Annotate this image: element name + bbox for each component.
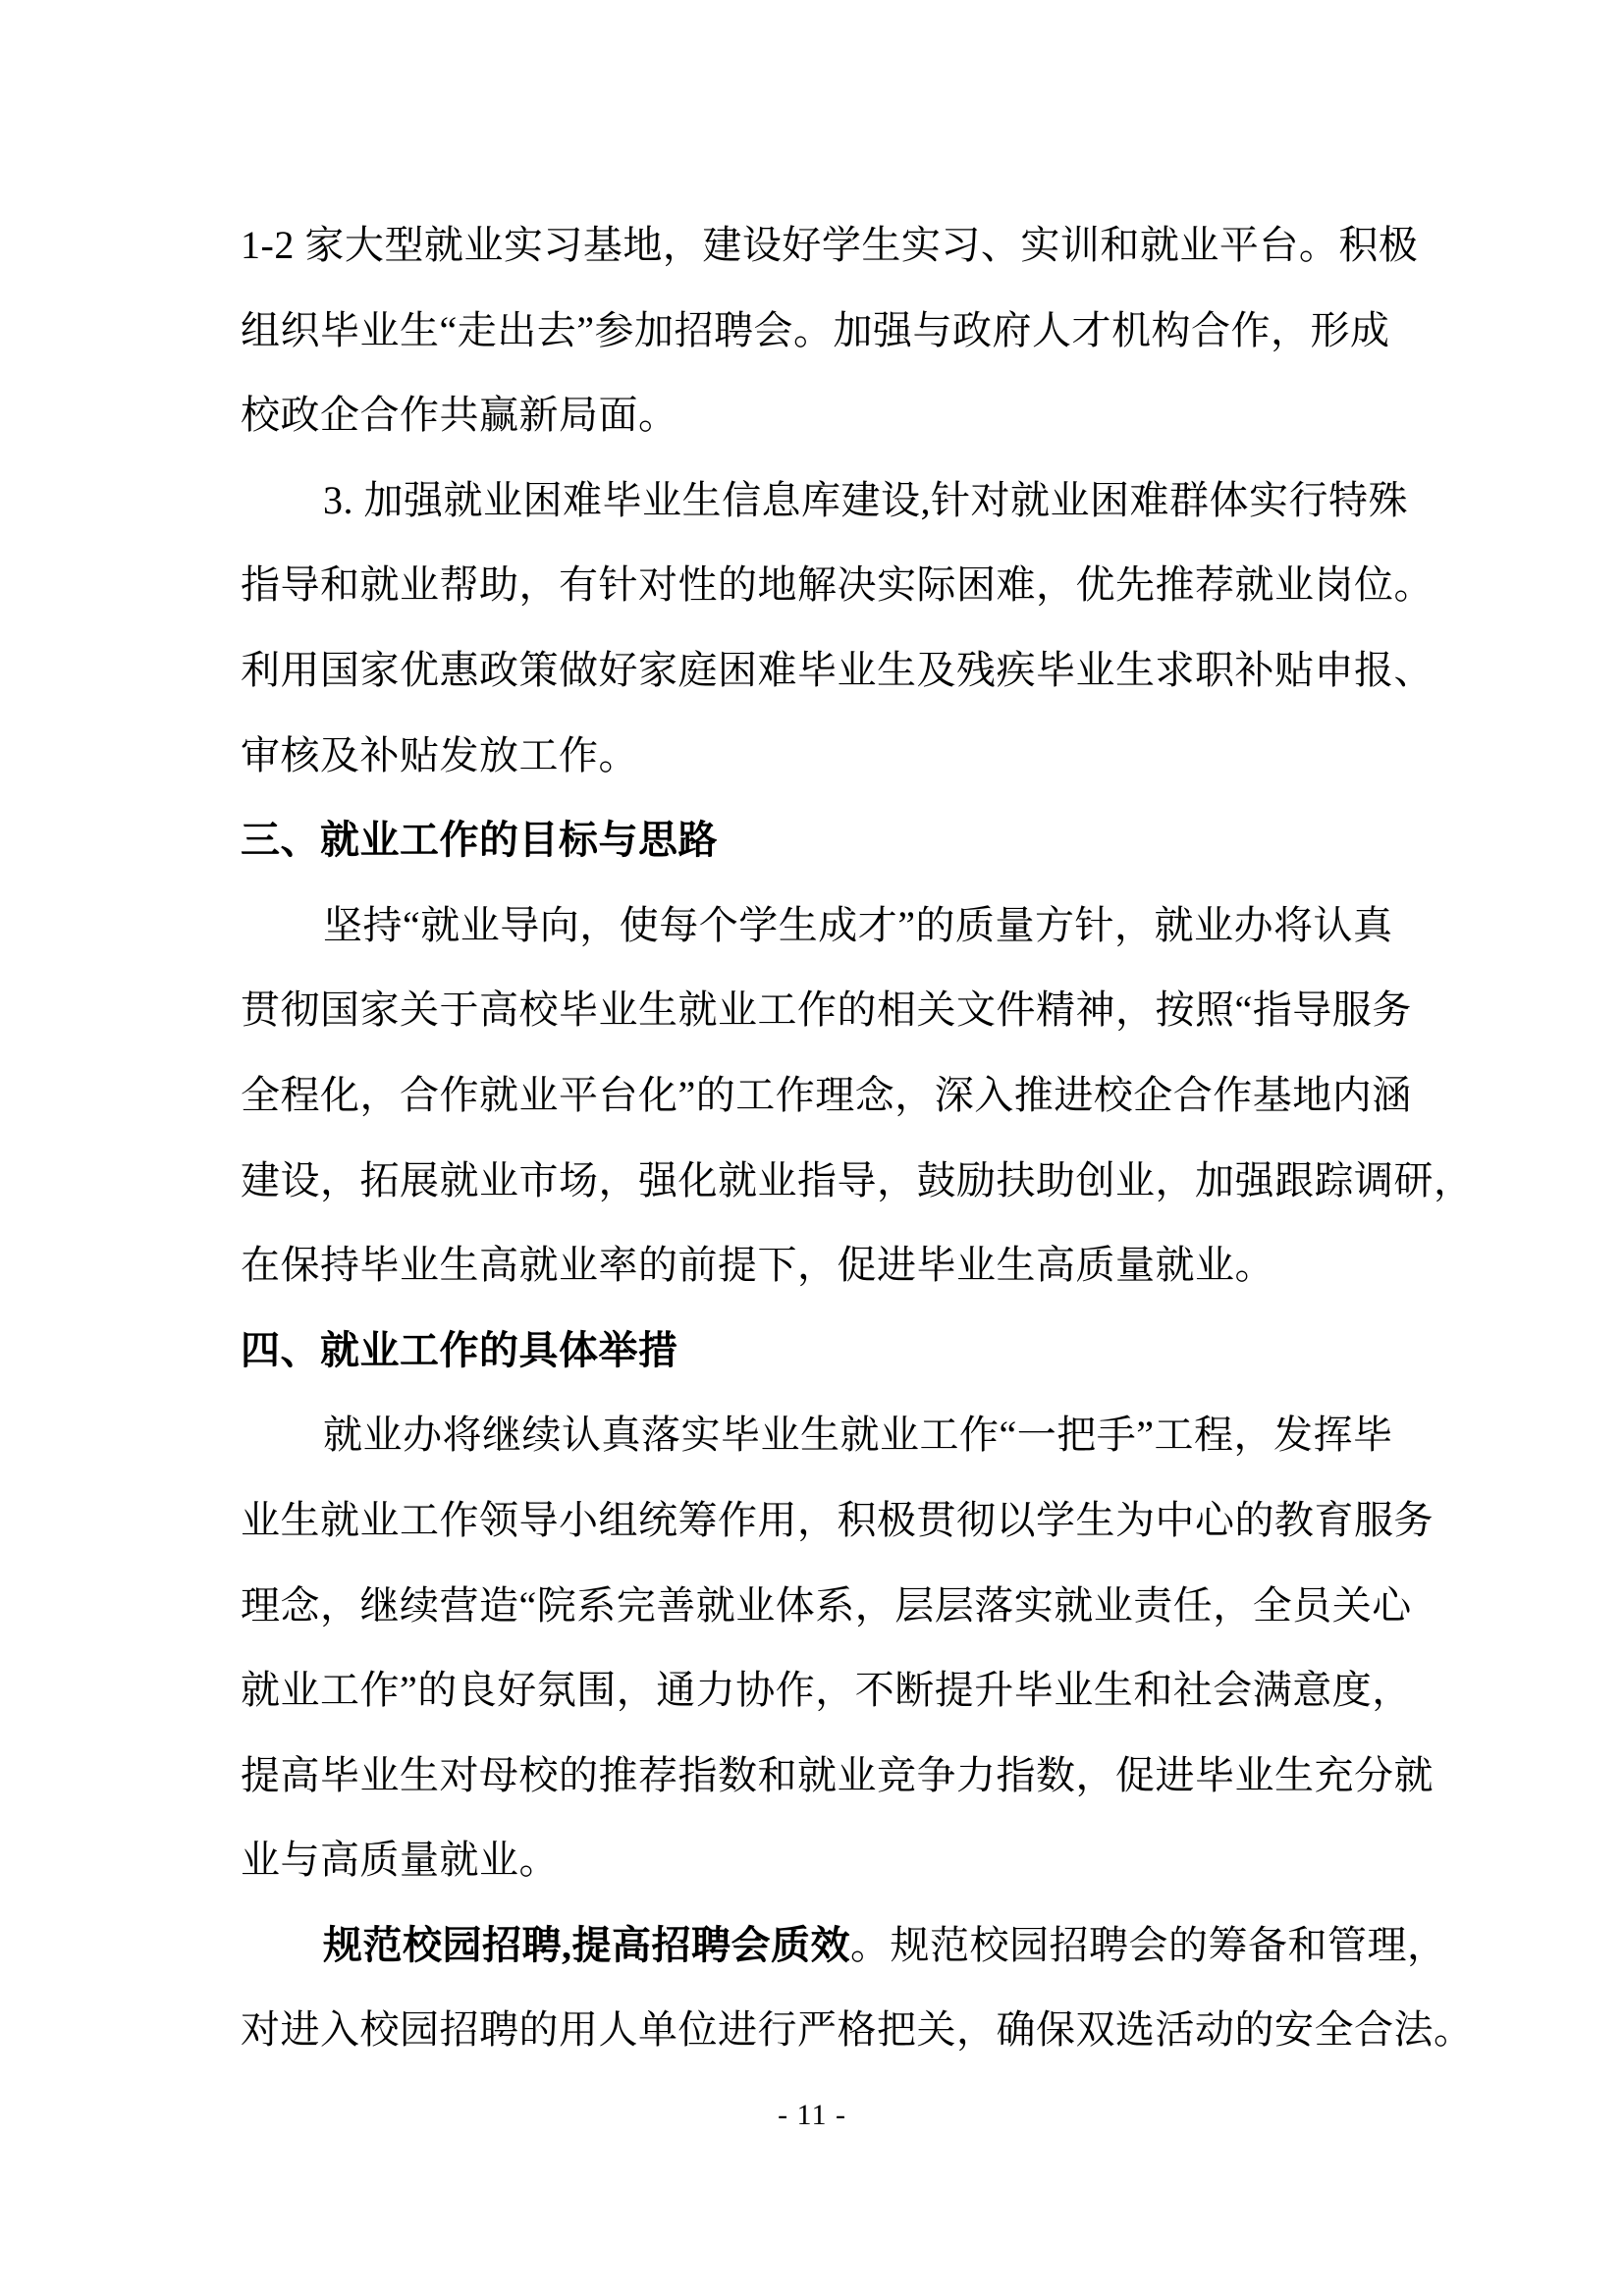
body-text: 贯彻国家关于高校毕业生就业工作的相关文件精神，按照“指导服务 — [241, 988, 1412, 1032]
body-text: 3. 加强就业困难毕业生信息库建设,针对就业困难群体实行特殊 — [323, 478, 1408, 522]
text-line: 坚持“就业导向，使每个学生成才”的质量方针，就业办将认真 — [241, 883, 1434, 969]
text-line: 全程化，合作就业平台化”的工作理念，深入推进校企合作基地内涵 — [241, 1053, 1434, 1139]
text-line: 指导和就业帮助，有针对性的地解决实际困难，优先推荐就业岗位。 — [241, 543, 1434, 628]
text-line: 在保持毕业生高就业率的前提下，促进毕业生高质量就业。 — [241, 1223, 1434, 1308]
body-text: 利用国家优惠政策做好家庭困难毕业生及残疾毕业生求职补贴申报、 — [241, 648, 1434, 692]
body-text: 全程化，合作就业平台化”的工作理念，深入推进校企合作基地内涵 — [241, 1073, 1412, 1117]
body-text: 业与高质量就业。 — [241, 1838, 559, 1882]
body-text: 建设，拓展就业市场，强化就业指导，鼓励扶助创业，加强跟踪调研， — [241, 1158, 1474, 1202]
body-text: 就业办将继续认真落实毕业生就业工作“一把手”工程，发挥毕 — [323, 1413, 1393, 1457]
text-line: 利用国家优惠政策做好家庭困难毕业生及残疾毕业生求职补贴申报、 — [241, 628, 1434, 714]
body-text: 业生就业工作领导小组统筹作用，积极贯彻以学生为中心的教育服务 — [241, 1498, 1434, 1542]
text-line: 对进入校园招聘的用人单位进行严格把关，确保双选活动的安全合法。 — [241, 1988, 1434, 2073]
document-body: 1-2 家大型就业实习基地，建设好学生实习、实训和就业平台。积极组织毕业生“走出… — [241, 203, 1434, 2073]
body-text: 指导和就业帮助，有针对性的地解决实际困难，优先推荐就业岗位。 — [241, 562, 1434, 607]
body-text: 组织毕业生“走出去”参加招聘会。加强与政府人才机构合作，形成 — [241, 308, 1390, 352]
text-line: 1-2 家大型就业实习基地，建设好学生实习、实训和就业平台。积极 — [241, 203, 1434, 289]
body-text: 就业工作”的良好氛围，通力协作，不断提升毕业生和社会满意度， — [241, 1668, 1412, 1712]
body-text: 提高毕业生对母校的推荐指数和就业竞争力指数，促进毕业生充分就 — [241, 1753, 1434, 1797]
section-heading: 三、就业工作的目标与思路 — [241, 798, 1434, 883]
bold-text: 规范校园招聘,提高招聘会质效 — [323, 1923, 850, 1967]
body-text: 在保持毕业生高就业率的前提下，促进毕业生高质量就业。 — [241, 1243, 1274, 1287]
text-line: 贯彻国家关于高校毕业生就业工作的相关文件精神，按照“指导服务 — [241, 968, 1434, 1053]
text-line: 校政企合作共赢新局面。 — [241, 373, 1434, 458]
text-line: 就业办将继续认真落实毕业生就业工作“一把手”工程，发挥毕 — [241, 1393, 1434, 1478]
text-line: 业与高质量就业。 — [241, 1818, 1434, 1903]
bold-text: 四、就业工作的具体举措 — [241, 1328, 678, 1372]
text-line: 理念，继续营造“院系完善就业体系，层层落实就业责任，全员关心 — [241, 1564, 1434, 1649]
page-number: - 11 - — [0, 2099, 1624, 2132]
text-line: 规范校园招聘,提高招聘会质效。规范校园招聘会的筹备和管理， — [241, 1903, 1434, 1989]
body-text: 。规范校园招聘会的筹备和管理， — [850, 1923, 1447, 1967]
body-text: 对进入校园招聘的用人单位进行严格把关，确保双选活动的安全合法。 — [241, 2007, 1474, 2052]
body-text: 校政企合作共赢新局面。 — [241, 393, 678, 437]
document-page: 1-2 家大型就业实习基地，建设好学生实习、实训和就业平台。积极组织毕业生“走出… — [0, 0, 1624, 2296]
bold-text: 三、就业工作的目标与思路 — [241, 818, 718, 862]
text-line: 提高毕业生对母校的推荐指数和就业竞争力指数，促进毕业生充分就 — [241, 1734, 1434, 1819]
body-text: 坚持“就业导向，使每个学生成才”的质量方针，就业办将认真 — [323, 903, 1393, 947]
text-line: 审核及补贴发放工作。 — [241, 714, 1434, 799]
text-line: 3. 加强就业困难毕业生信息库建设,针对就业困难群体实行特殊 — [241, 458, 1434, 544]
section-heading: 四、就业工作的具体举措 — [241, 1308, 1434, 1394]
text-line: 组织毕业生“走出去”参加招聘会。加强与政府人才机构合作，形成 — [241, 289, 1434, 374]
text-line: 建设，拓展就业市场，强化就业指导，鼓励扶助创业，加强跟踪调研， — [241, 1139, 1434, 1224]
body-text: 1-2 家大型就业实习基地，建设好学生实习、实训和就业平台。积极 — [241, 223, 1418, 267]
text-line: 就业工作”的良好氛围，通力协作，不断提升毕业生和社会满意度， — [241, 1648, 1434, 1734]
body-text: 审核及补贴发放工作。 — [241, 733, 638, 777]
body-text: 理念，继续营造“院系完善就业体系，层层落实就业责任，全员关心 — [241, 1583, 1412, 1628]
text-line: 业生就业工作领导小组统筹作用，积极贯彻以学生为中心的教育服务 — [241, 1478, 1434, 1564]
